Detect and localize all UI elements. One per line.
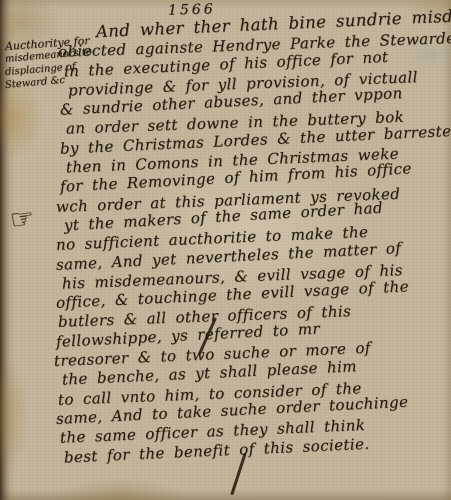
body-text: And wher ther hath bine sundrie misdon o… [54,24,451,468]
manuscript-page: 1566 Aucthoritye for misdemeanors to dis… [0,0,451,500]
manicule-icon: ☞ [8,203,36,237]
date-heading: 1566 [168,1,216,18]
